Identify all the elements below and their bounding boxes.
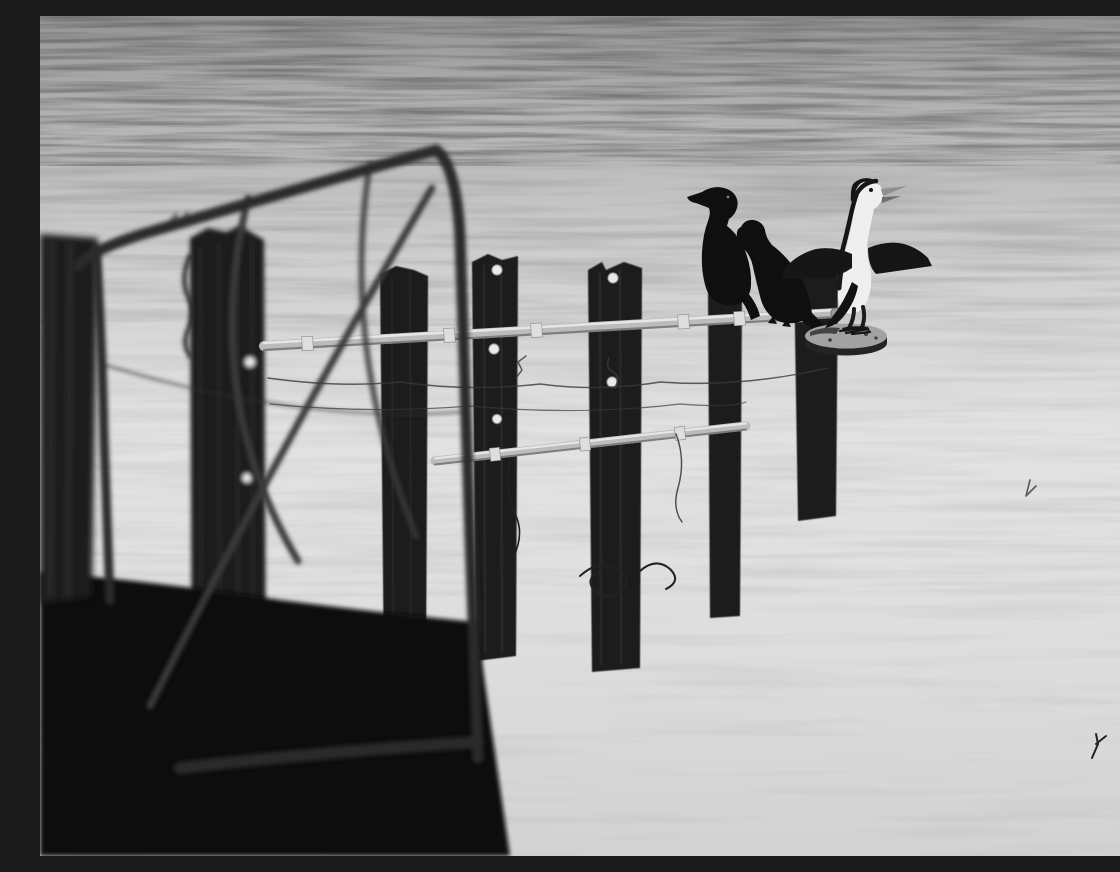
rail-coupling: [531, 323, 543, 338]
rail-coupling: [444, 328, 456, 343]
rail-coupling: [489, 447, 500, 461]
ripples-top: [40, 16, 1120, 166]
rail-coupling: [302, 336, 314, 351]
fence-post-5: [708, 287, 742, 618]
post-hole: [608, 273, 618, 283]
rail-coupling: [678, 314, 690, 329]
rail-coupling: [734, 311, 746, 326]
stump-speckle: [874, 336, 877, 339]
post-hole: [245, 357, 255, 367]
post-hole: [489, 344, 499, 354]
photo-canvas: [40, 16, 1120, 856]
foreground-fence-post: [40, 234, 98, 604]
post-hole: [492, 265, 502, 275]
bird-eye: [869, 188, 873, 192]
post-hole: [243, 474, 252, 483]
post-timber: [708, 287, 742, 618]
photograph: [40, 16, 1120, 856]
stump-speckle: [828, 338, 832, 342]
bird-eye: [727, 196, 730, 199]
rail-coupling: [579, 437, 590, 451]
post-hole: [493, 415, 502, 424]
